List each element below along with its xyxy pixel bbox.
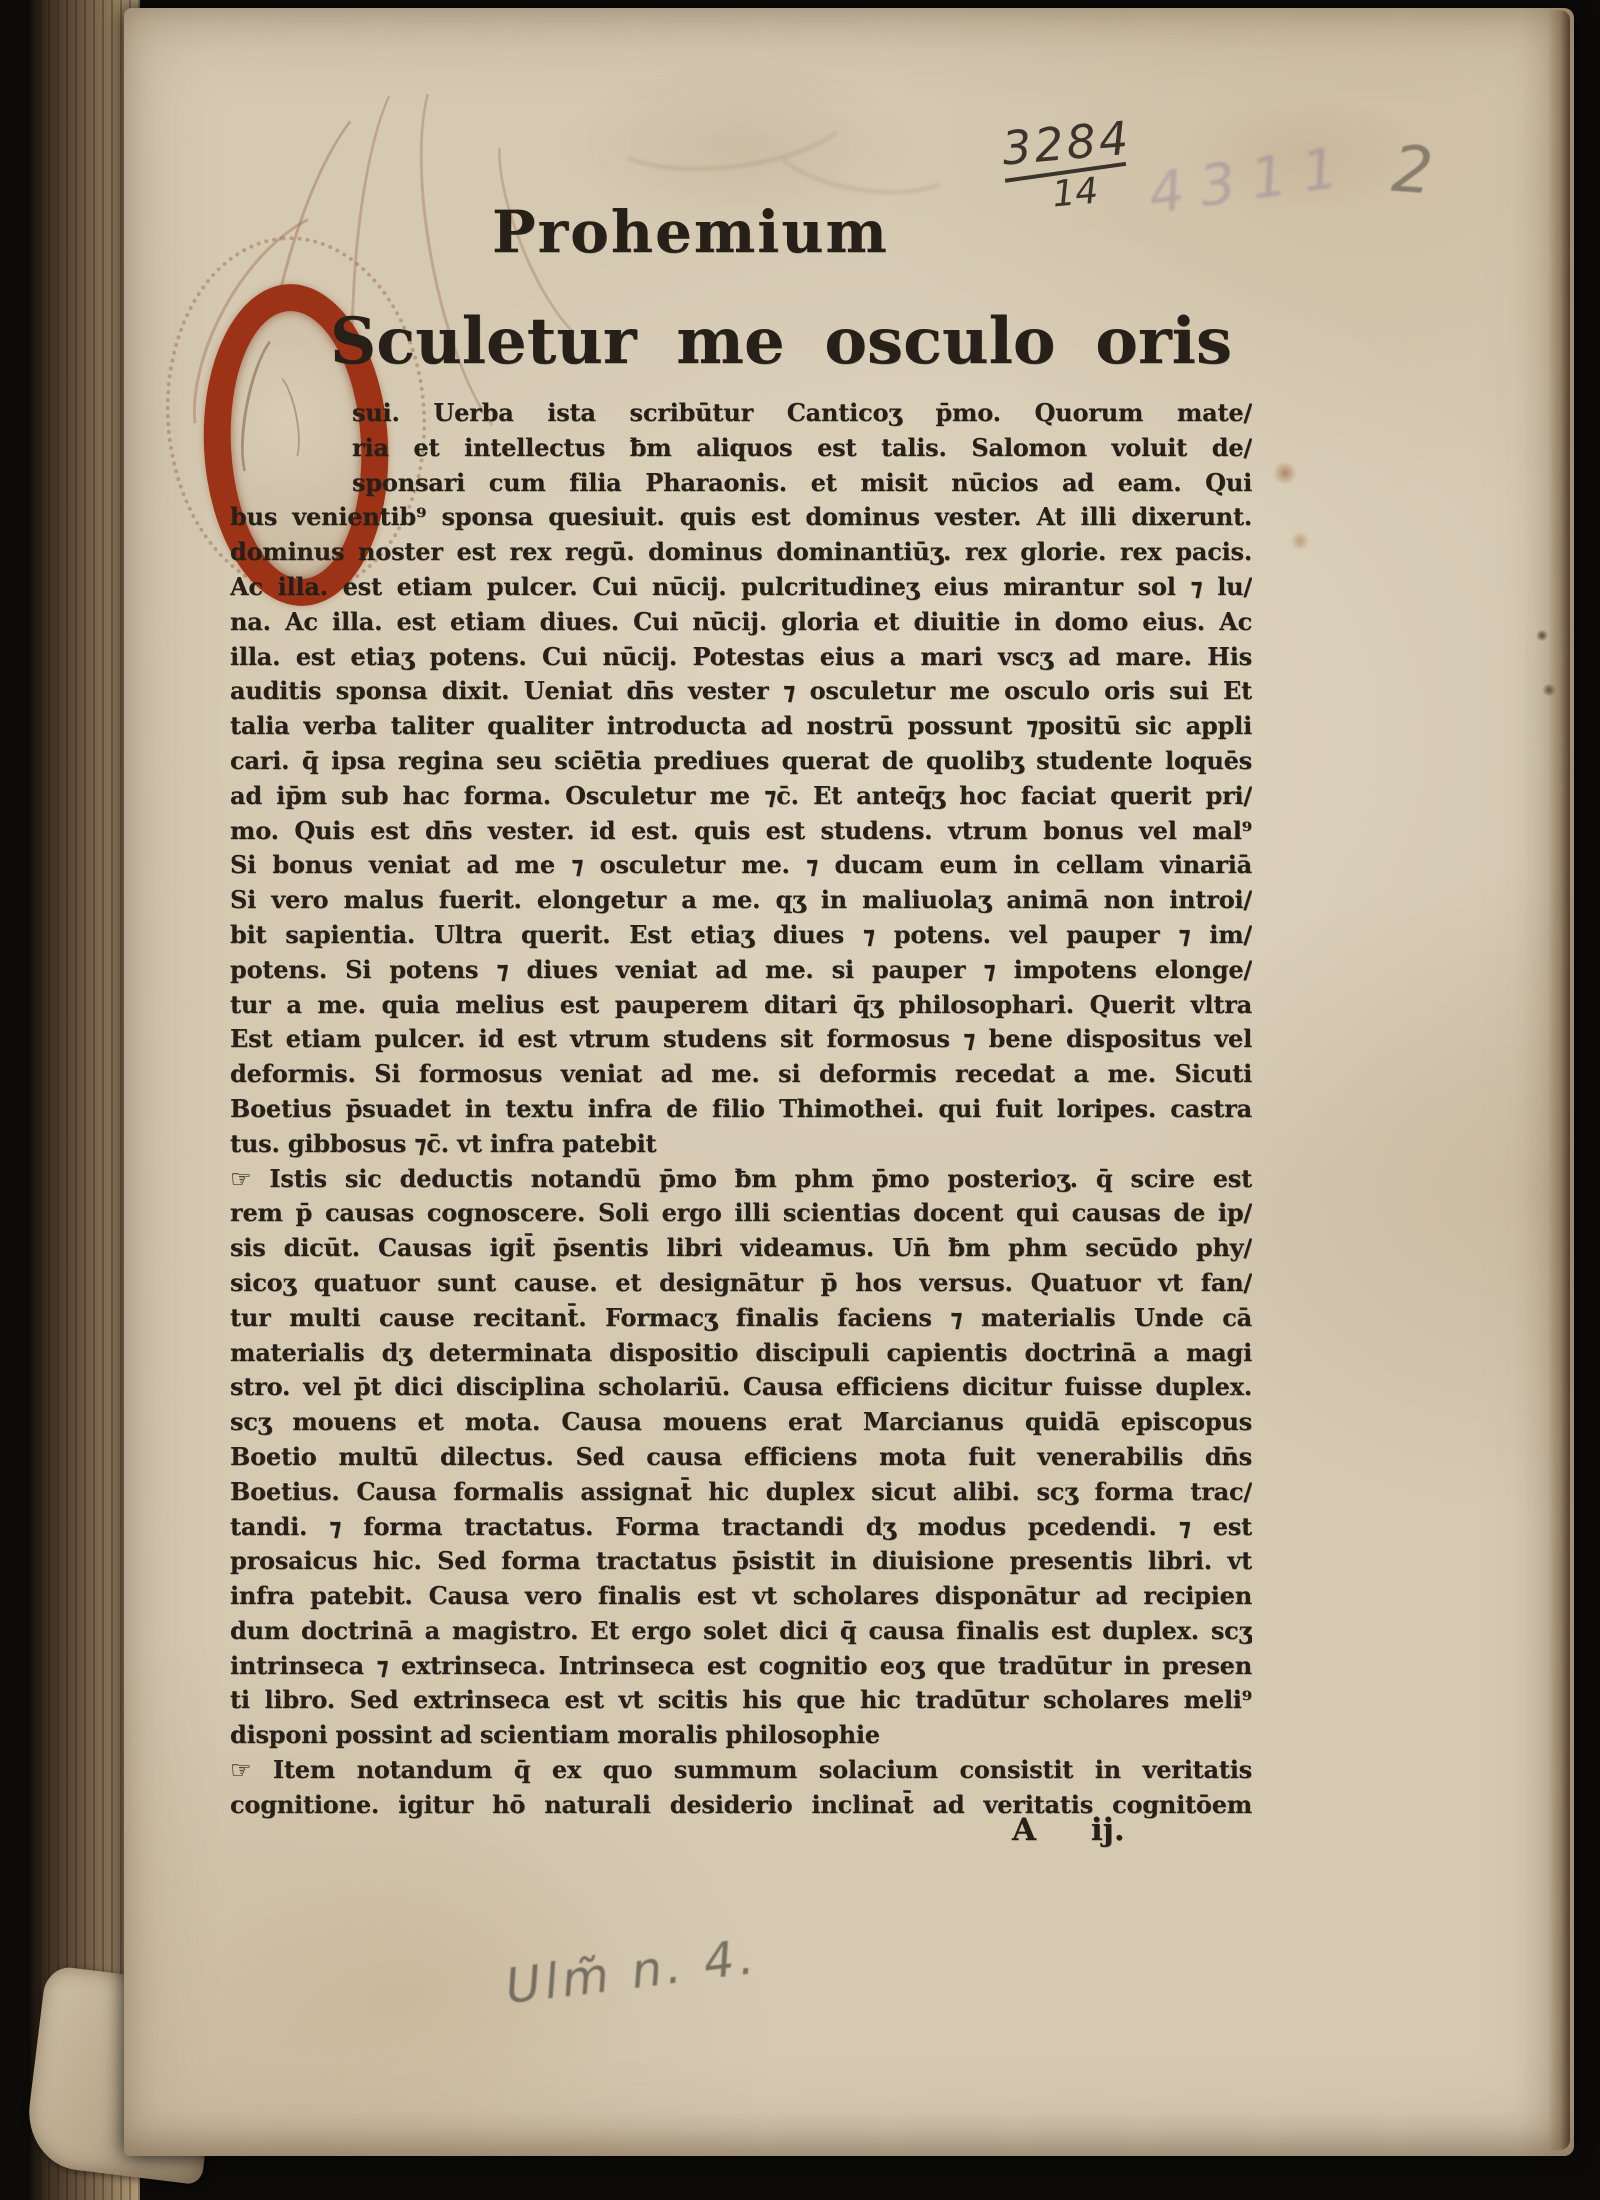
text-line: Si vero malus fuerit. elongetur a me. qʒ… — [230, 883, 1252, 918]
rust-stain — [1290, 532, 1310, 550]
text-line: tur a me. quia melius est pauperem ditar… — [230, 988, 1252, 1023]
text-line: illa. est etiaʒ potens. Cui nūcij. Potes… — [230, 640, 1252, 675]
edge-speck — [1536, 630, 1548, 641]
text-line: tus. gibbosus ⁊c̄. vt infra patebit — [230, 1127, 1252, 1162]
text-line: ti libro. Sed extrinseca est vt scitis h… — [230, 1683, 1252, 1718]
text-line: tandi. ⁊ forma tractatus. Forma tractand… — [230, 1510, 1252, 1545]
rust-stain — [1272, 462, 1298, 484]
text-line: disponi possint ad scientiam moralis phi… — [230, 1718, 1252, 1753]
text-line: bit sapientia. Ultra querit. Est etiaʒ d… — [230, 918, 1252, 953]
text-line: materialis dʒ determinata dispositio dis… — [230, 1336, 1252, 1371]
text-line: Ac illa. est etiam pulcer. Cui nūcij. pu… — [230, 570, 1252, 605]
text-line: auditis sponsa dixit. Ueniat dn̄s vester… — [230, 674, 1252, 709]
edge-speck — [1542, 684, 1556, 696]
text-line: Est etiam pulcer. id est vtrum studens s… — [230, 1022, 1252, 1057]
text-line: dum doctrinā a magistro. Et ergo solet d… — [230, 1614, 1252, 1649]
text-line: na. Ac illa. est etiam diues. Cui nūcij.… — [230, 605, 1252, 640]
text-line: scʒ mouens et mota. Causa mouens erat Ma… — [230, 1405, 1252, 1440]
text-line: Boetius. Causa formalis assignat̄ hic du… — [230, 1475, 1252, 1510]
text-line: tur multi cause recitant̄. Formacʒ final… — [230, 1301, 1252, 1336]
page-fore-edge-shadow — [1548, 10, 1570, 2150]
text-line: Boetius p̄suadet in textu infra de filio… — [230, 1092, 1252, 1127]
text-line: sponsari cum filia Pharaonis. et misit n… — [352, 466, 1252, 501]
text-line: sui. Uerba ista scribūtur Canticoʒ p̄mo.… — [352, 396, 1252, 431]
text-line: potens. Si potens ⁊ diues veniat ad me. … — [230, 953, 1252, 988]
leaf-number: 2 — [1389, 133, 1435, 210]
shelfmark-denominator: 14 — [1051, 170, 1137, 213]
quire-signature: A ij. — [1012, 1812, 1125, 1848]
text-line: sicoʒ quatuor sunt cause. et designātur … — [230, 1266, 1252, 1301]
text-block: sui. Uerba ista scribūtur Canticoʒ p̄mo.… — [230, 396, 1252, 1823]
text-line: bus venientib⁹ sponsa quesiuit. quis est… — [230, 500, 1252, 535]
text-line: deformis. Si formosus veniat ad me. si d… — [230, 1057, 1252, 1092]
text-line: talia verba taliter qualiter introducta … — [230, 709, 1252, 744]
text-line: prosaicus hic. Sed forma tractatus p̄sis… — [230, 1544, 1252, 1579]
text-line: ria et intellectus ƀm aliquos est talis.… — [352, 431, 1252, 466]
text-line: ☞ Istis sic deductis notandū p̄mo ƀm phm… — [230, 1162, 1252, 1197]
text-line: mo. Quis est dn̄s vester. id est. quis e… — [230, 814, 1252, 849]
shelfmark-annotation: 3284 14 — [1000, 115, 1137, 218]
incunabulum-scan: 3284 14 4311 2 Prohemium O Sculetur me o… — [0, 0, 1600, 2200]
text-line: rem p̄ causas cognoscere. Soli ergo illi… — [230, 1196, 1252, 1231]
text-line: intrinseca ⁊ extrinseca. Intrinseca est … — [230, 1649, 1252, 1684]
text-line: ☞ Item notandum q̄ ex quo summum solaciu… — [230, 1753, 1252, 1788]
incipit-line: Sculetur me osculo oris — [330, 294, 1232, 392]
text-line: Si bonus veniat ad me ⁊ osculetur me. ⁊ … — [230, 848, 1252, 883]
text-line: sis dicūt. Causas igit̄ p̄sentis libri v… — [230, 1231, 1252, 1266]
text-line: infra patebit. Causa vero finalis est vt… — [230, 1579, 1252, 1614]
text-line: dominus noster est rex regū. dominus dom… — [230, 535, 1252, 570]
page-title: Prohemium — [492, 198, 944, 294]
text-line: Boetio multū dilectus. Sed causa efficie… — [230, 1440, 1252, 1475]
text-line: ad ip̄m sub hac forma. Osculetur me ⁊c̄.… — [230, 779, 1252, 814]
text-line: stro. vel p̄t dici disciplina scholariū.… — [230, 1370, 1252, 1405]
text-line: cari. q̄ ipsa regina seu sciētia prediue… — [230, 744, 1252, 779]
